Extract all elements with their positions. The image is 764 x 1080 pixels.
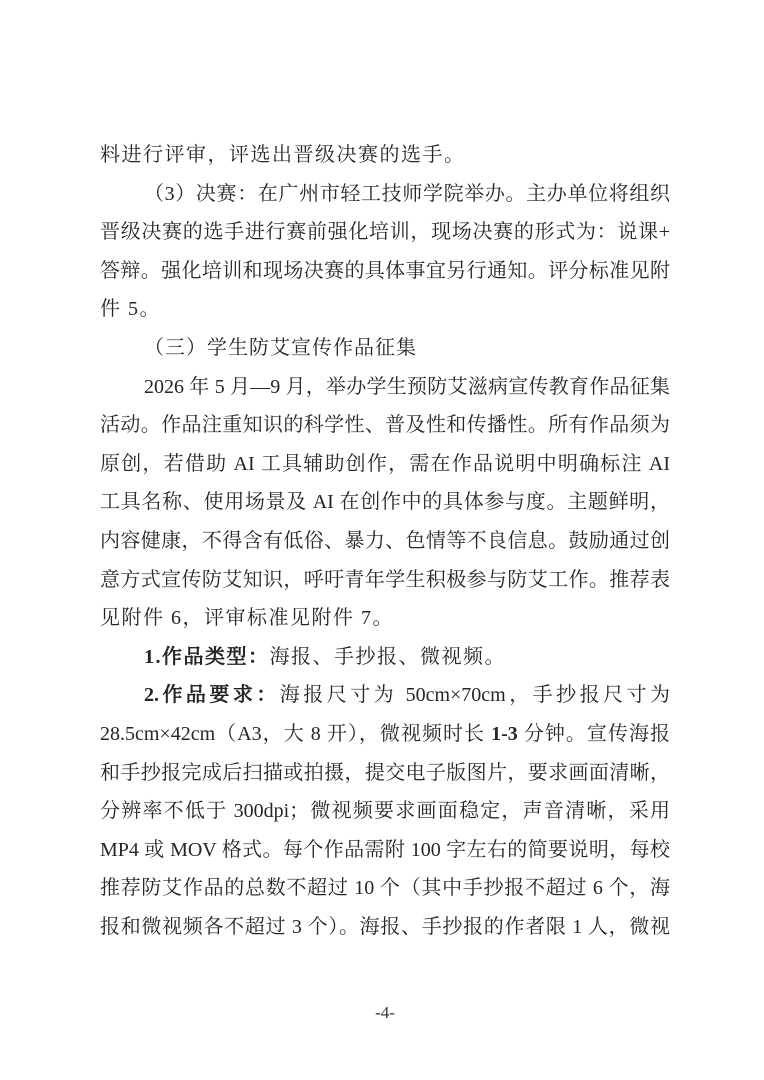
page-number: -4- — [100, 1001, 670, 1025]
body-line: 活动。作品注重知识的科学性、普及性和传播性。所有作品须为 — [100, 406, 670, 445]
body-line: 答辩。强化培训和现场决赛的具体事宜另行通知。评分标准见附 — [100, 252, 670, 291]
body-line: 2026 年 5 月—9 月，举办学生预防艾滋病宣传教育作品征集 — [100, 368, 670, 407]
body-line: 意方式宣传防艾知识，呼吁青年学生积极参与防艾工作。推荐表 — [100, 561, 670, 600]
body-line: （3）决赛：在广州市轻工技师学院举办。主办单位将组织 — [100, 175, 670, 214]
body-line: 和手抄报完成后扫描或拍摄，提交电子版图片，要求画面清晰， — [100, 754, 670, 793]
text-run: 28.5cm×42cm（A3，大 8 开），微视频时长 — [100, 723, 491, 745]
bold-run: 1.作品类型： — [144, 646, 270, 668]
body-line: MP4 或 MOV 格式。每个作品需附 100 字左右的简要说明，每校 — [100, 831, 670, 870]
body-line: 料进行评审，评选出晋级决赛的选手。 — [100, 136, 670, 175]
text-run: 海报、手抄报、微视频。 — [270, 646, 507, 668]
body-line: 1.作品类型：海报、手抄报、微视频。 — [100, 638, 670, 677]
body-line: 28.5cm×42cm（A3，大 8 开），微视频时长 1-3 分钟。宣传海报 — [100, 715, 670, 754]
body-line: 报和微视频各不超过 3 个）。海报、手抄报的作者限 1 人，微视 — [100, 908, 670, 947]
body-line: 内容健康，不得含有低俗、暴力、色情等不良信息。鼓励通过创 — [100, 522, 670, 561]
body-line: 2.作品要求：海报尺寸为 50cm×70cm，手抄报尺寸为 — [100, 676, 670, 715]
body-line: 件 5。 — [100, 290, 670, 329]
text-run: 分钟。宣传海报 — [518, 723, 670, 745]
bold-run: 1-3 — [491, 723, 518, 745]
text-column: 料进行评审，评选出晋级决赛的选手。 （3）决赛：在广州市轻工技师学院举办。主办单… — [100, 136, 670, 946]
body-line: 推荐防艾作品的总数不超过 10 个（其中手抄报不超过 6 个，海 — [100, 869, 670, 908]
body-line: 晋级决赛的选手进行赛前强化培训，现场决赛的形式为：说课+ — [100, 213, 670, 252]
body-line: 工具名称、使用场景及 AI 在创作中的具体参与度。主题鲜明， — [100, 483, 670, 522]
bold-run: 2.作品要求： — [144, 684, 280, 706]
document-page: 料进行评审，评选出晋级决赛的选手。 （3）决赛：在广州市轻工技师学院举办。主办单… — [0, 0, 764, 1080]
body-line: 分辨率不低于 300dpi；微视频要求画面稳定，声音清晰，采用 — [100, 792, 670, 831]
body-line: 见附件 6，评审标准见附件 7。 — [100, 599, 670, 638]
body-line: 原创，若借助 AI 工具辅助创作，需在作品说明中明确标注 AI — [100, 445, 670, 484]
text-run: 海报尺寸为 50cm×70cm，手抄报尺寸为 — [280, 684, 670, 706]
section-heading: （三）学生防艾宣传作品征集 — [100, 329, 670, 368]
